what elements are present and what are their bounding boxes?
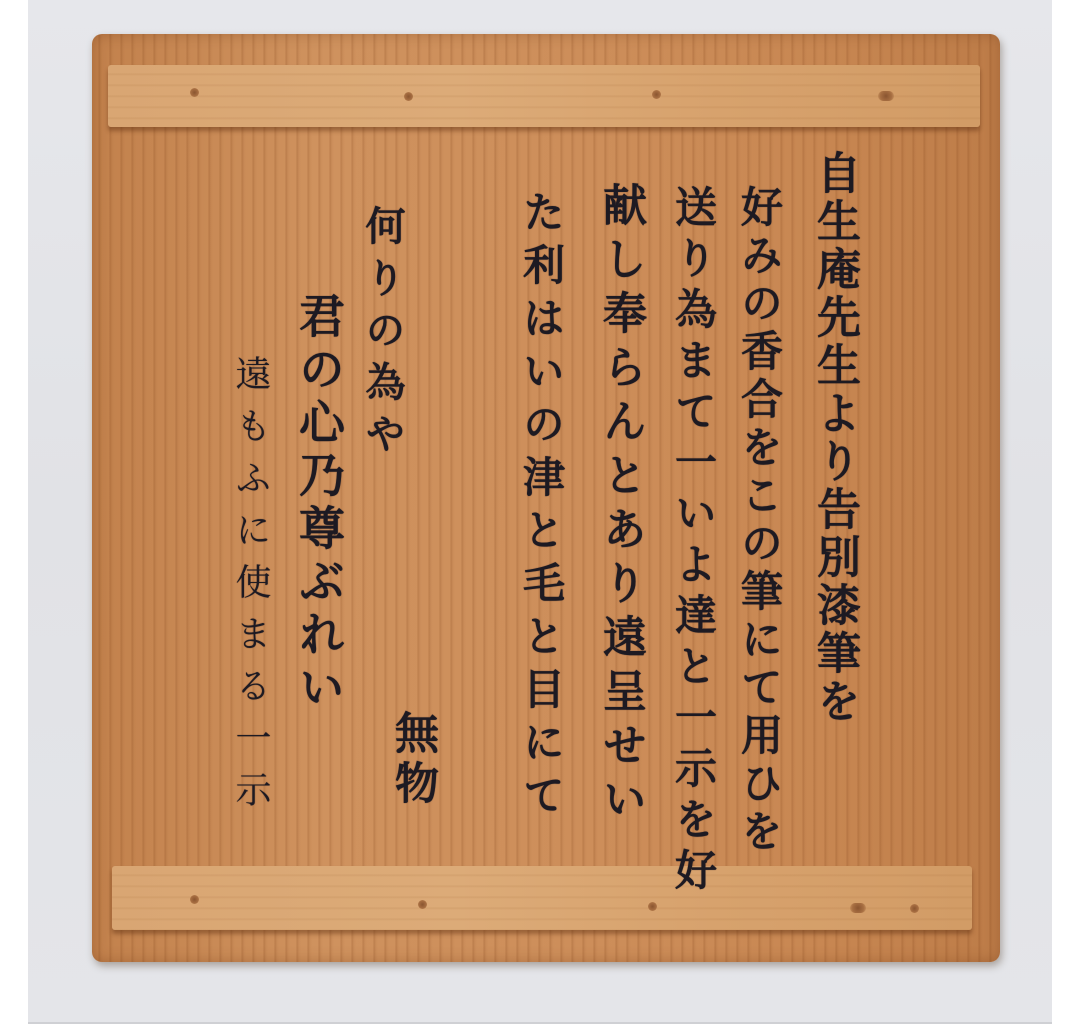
nail-icon bbox=[404, 92, 413, 101]
nail-icon bbox=[652, 90, 661, 99]
nail-icon bbox=[418, 900, 427, 909]
calligraphy-column: 送り為まて一いよ達と一示を好 bbox=[672, 185, 714, 899]
calligraphy-column: 何りの為や bbox=[362, 205, 402, 465]
calligraphy-column: た利はいの津と毛と目にて bbox=[520, 190, 562, 826]
calligraphy-column: 遠もふに使まる一示 bbox=[232, 355, 268, 823]
bottom-batten bbox=[112, 866, 972, 930]
nail-icon bbox=[648, 902, 657, 911]
top-batten bbox=[108, 65, 980, 127]
nail-icon bbox=[190, 88, 199, 97]
nail-icon bbox=[878, 91, 894, 101]
nail-icon bbox=[910, 904, 919, 913]
nail-icon bbox=[190, 895, 199, 904]
calligraphy-column: 献し奉らんとあり遠呈せい bbox=[598, 182, 642, 830]
signature: 無物 bbox=[390, 710, 434, 810]
calligraphy-column: 自生庵先生より告別漆筆を bbox=[812, 150, 856, 726]
nail-icon bbox=[850, 903, 866, 913]
calligraphy-column: 好みの香合をこの筆にて用ひを bbox=[738, 185, 780, 857]
calligraphy-column: 君の心乃尊ぶれい bbox=[296, 292, 342, 716]
